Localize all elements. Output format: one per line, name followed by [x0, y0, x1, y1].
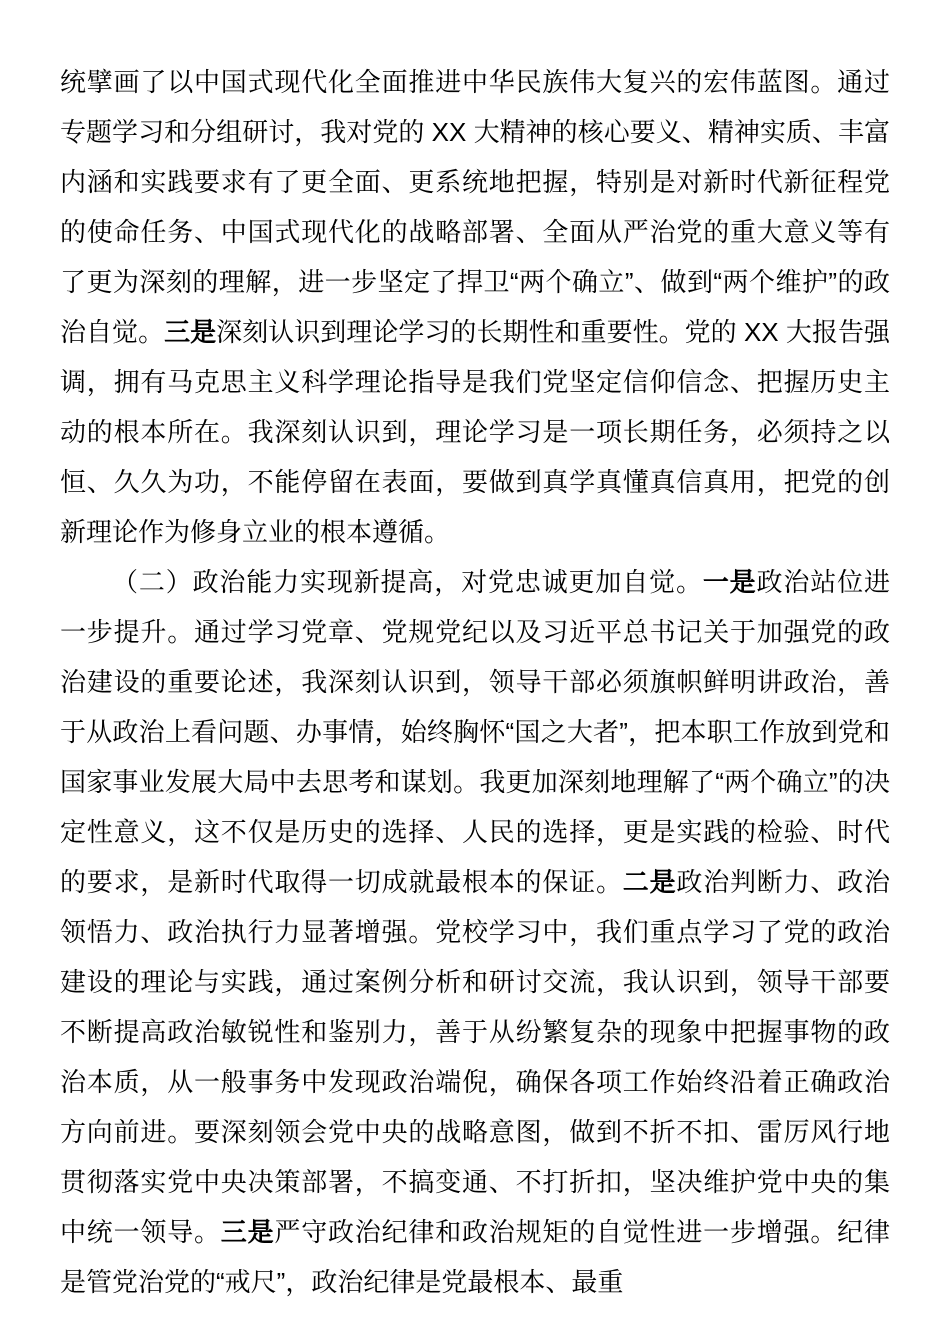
text-run: 政治判断力、政治领悟力、政治执行力显著增强。党校学习中，我们重点学习了党的政治建…	[60, 867, 890, 1247]
text-run: （二）政治能力实现新提高，对党忠诚更加自觉。	[112, 567, 703, 597]
document-page: 统擘画了以中国式现代化全面推进中华民族伟大复兴的宏伟蓝图。通过专题学习和分组研讨…	[0, 0, 950, 1344]
bold-text-run: 三是	[221, 1217, 275, 1247]
bold-text-run: 二是	[623, 867, 677, 897]
bold-text-run: 一是	[703, 567, 757, 597]
text-run: 政治站位进一步提升。通过学习党章、党规党纪以及习近平总书记关于加强党的政治建设的…	[60, 567, 890, 897]
document-body: 统擘画了以中国式现代化全面推进中华民族伟大复兴的宏伟蓝图。通过专题学习和分组研讨…	[0, 0, 950, 1307]
text-run: 深刻认识到理论学习的长期性和重要性。党的 XX 大报告强调，拥有马克思主义科学理…	[60, 317, 890, 547]
paragraph: （二）政治能力实现新提高，对党忠诚更加自觉。一是政治站位进一步提升。通过学习党章…	[60, 557, 890, 1307]
bold-text-run: 三是	[164, 317, 216, 347]
paragraph: 统擘画了以中国式现代化全面推进中华民族伟大复兴的宏伟蓝图。通过专题学习和分组研讨…	[60, 57, 890, 557]
text-run: 统擘画了以中国式现代化全面推进中华民族伟大复兴的宏伟蓝图。通过专题学习和分组研讨…	[60, 67, 890, 347]
